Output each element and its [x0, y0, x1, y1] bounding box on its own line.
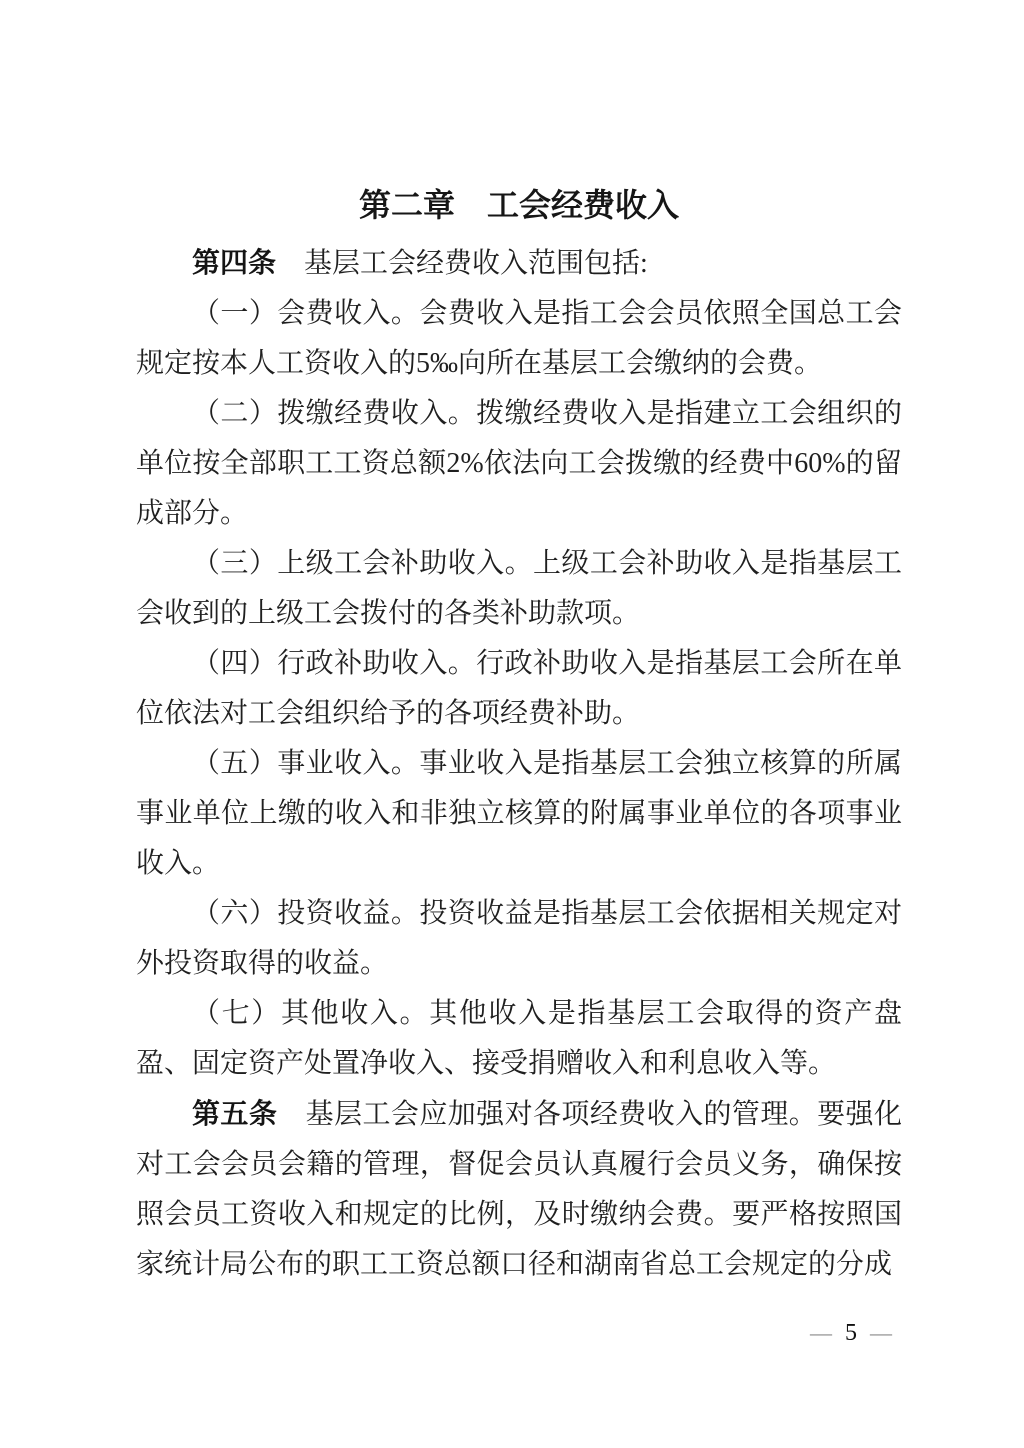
page-number: 5: [845, 1318, 857, 1348]
page-footer: — 5 —: [810, 1318, 892, 1348]
paragraph-text: （六）投资收益。投资收益是指基层工会依据相关规定对外投资取得的收益。: [136, 898, 902, 979]
paragraph-article-5: 第五条 基层工会应加强对各项经费收入的管理。要强化对工会会员会籍的管理，督促会员…: [136, 1089, 902, 1290]
paragraph-item-1: （一）会费收入。会费收入是指工会会员依照全国总工会规定按本人工资收入的5‰向所在…: [136, 289, 902, 389]
chapter-title: 第二章 工会经费收入: [136, 182, 902, 228]
document-page: 第二章 工会经费收入 第四条 基层工会经费收入范围包括: （一）会费收入。会费收…: [0, 0, 1024, 1448]
paragraph-text: （七）其他收入。其他收入是指基层工会取得的资产盘盈、固定资产处置净收入、接受捐赠…: [136, 998, 902, 1079]
paragraph-text: （二）拨缴经费收入。拨缴经费收入是指建立工会组织的单位按全部职工工资总额2%依法…: [136, 398, 902, 529]
paragraph-text: 基层工会经费收入范围包括:: [276, 248, 648, 279]
paragraph-text: （三）上级工会补助收入。上级工会补助收入是指基层工会收到的上级工会拨付的各类补助…: [136, 548, 902, 629]
paragraph-item-2: （二）拨缴经费收入。拨缴经费收入是指建立工会组织的单位按全部职工工资总额2%依法…: [136, 389, 902, 539]
paragraph-item-7: （七）其他收入。其他收入是指基层工会取得的资产盘盈、固定资产处置净收入、接受捐赠…: [136, 989, 902, 1089]
paragraph-article-4: 第四条 基层工会经费收入范围包括:: [136, 238, 902, 289]
article-4-number: 第四条: [192, 247, 276, 278]
footer-left-dash: —: [810, 1318, 832, 1348]
paragraph-text: （五）事业收入。事业收入是指基层工会独立核算的所属事业单位上缴的收入和非独立核算…: [136, 748, 902, 879]
paragraph-text: （四）行政补助收入。行政补助收入是指基层工会所在单位依法对工会组织给予的各项经费…: [136, 648, 902, 729]
paragraph-item-3: （三）上级工会补助收入。上级工会补助收入是指基层工会收到的上级工会拨付的各类补助…: [136, 539, 902, 639]
paragraph-text: （一）会费收入。会费收入是指工会会员依照全国总工会规定按本人工资收入的5‰向所在…: [136, 298, 902, 379]
paragraph-item-4: （四）行政补助收入。行政补助收入是指基层工会所在单位依法对工会组织给予的各项经费…: [136, 639, 902, 739]
document-content: 第二章 工会经费收入 第四条 基层工会经费收入范围包括: （一）会费收入。会费收…: [136, 182, 902, 1290]
paragraph-item-5: （五）事业收入。事业收入是指基层工会独立核算的所属事业单位上缴的收入和非独立核算…: [136, 739, 902, 889]
footer-right-dash: —: [870, 1318, 892, 1348]
article-5-number: 第五条: [192, 1098, 277, 1129]
paragraph-item-6: （六）投资收益。投资收益是指基层工会依据相关规定对外投资取得的收益。: [136, 889, 902, 989]
